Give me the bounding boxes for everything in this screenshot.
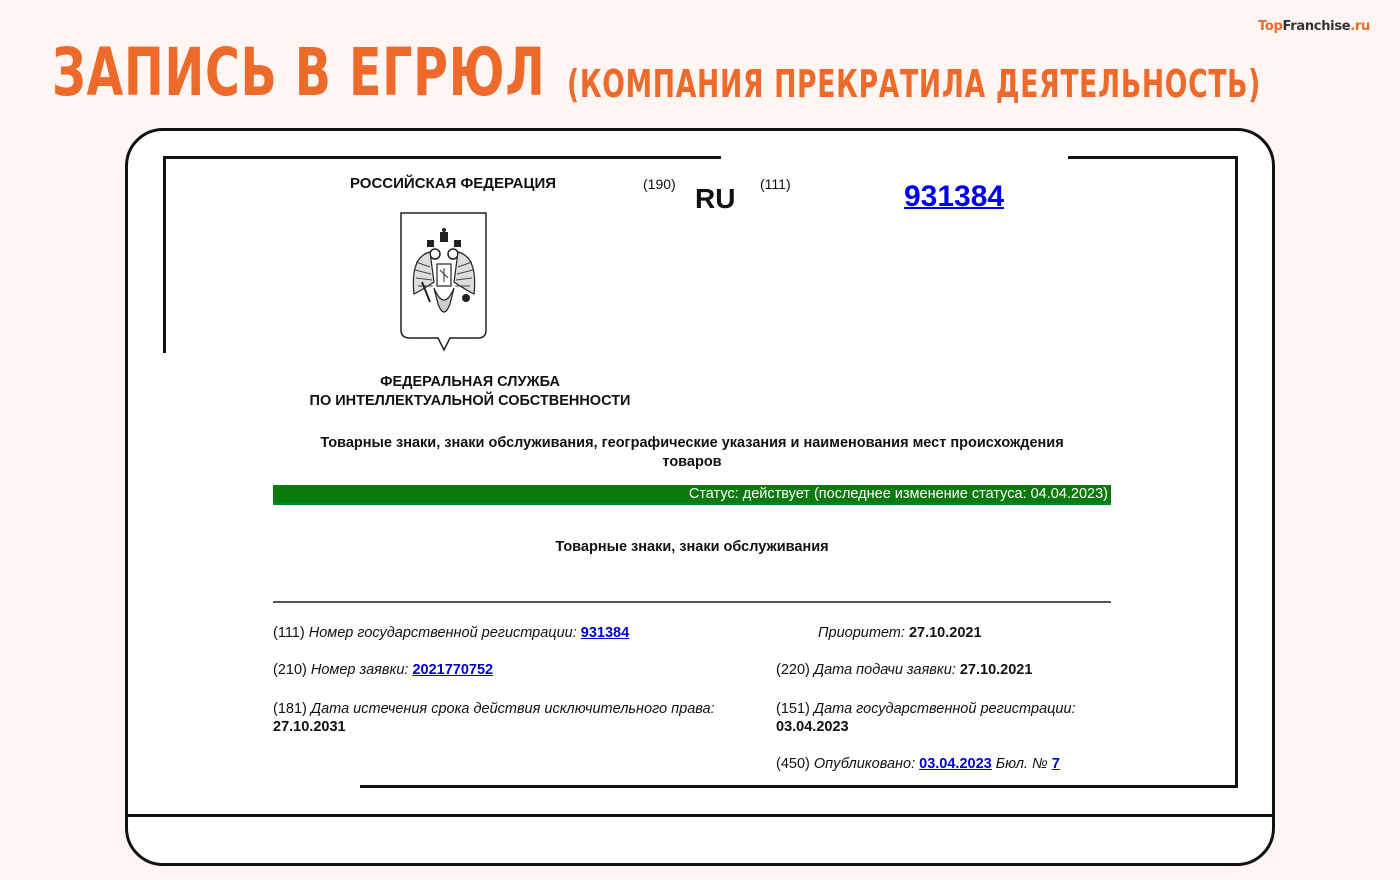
field-priority: Приоритет: 27.10.2021 — [818, 624, 982, 642]
field-label: Дата подачи заявки: — [814, 662, 956, 678]
category-line-1: Товарные знаки, знаки обслуживания, геог… — [273, 434, 1111, 453]
field-label: Опубликовано: — [814, 756, 915, 772]
field-application-number: (210) Номер заявки: 2021770752 — [273, 661, 493, 679]
code-190: (190) — [643, 176, 676, 192]
country-name: РОССИЙСКАЯ ФЕДЕРАЦИЯ — [350, 175, 556, 192]
russian-coat-of-arms-icon — [400, 212, 488, 354]
field-filing-date: (220) Дата подачи заявки: 27.10.2021 — [776, 661, 1032, 679]
field-value: 27.10.2021 — [960, 662, 1033, 678]
status-text: Статус: действует (последнее изменение с… — [689, 486, 1111, 502]
registration-number-link[interactable]: 931384 — [904, 180, 1004, 214]
trademark-certificate: РОССИЙСКАЯ ФЕДЕРАЦИЯ (190) RU (111) 9313… — [0, 0, 1400, 880]
publication-date-link[interactable]: 03.04.2023 — [919, 756, 992, 772]
code-111: (111) — [760, 176, 791, 192]
field-value: 27.10.2031 — [273, 719, 346, 735]
bulletin-label: Бюл. № — [996, 756, 1048, 772]
field-value: 03.04.2023 — [776, 719, 849, 735]
agency-line-2: ПО ИНТЕЛЛЕКТУАЛЬНОЙ СОБСТВЕННОСТИ — [270, 392, 670, 411]
field-expiry-date: (181) Дата истечения срока действия искл… — [273, 700, 715, 736]
field-published: (450) Опубликовано: 03.04.2023 Бюл. № 7 — [776, 755, 1060, 773]
field-code: (450) — [776, 756, 810, 772]
field-code: (181) — [273, 701, 307, 717]
subcategory-title: Товарные знаки, знаки обслуживания — [273, 539, 1111, 555]
field-label: Дата государственной регистрации: — [814, 701, 1076, 717]
agency-name: ФЕДЕРАЛЬНАЯ СЛУЖБА ПО ИНТЕЛЛЕКТУАЛЬНОЙ С… — [270, 373, 670, 411]
field-code: (151) — [776, 701, 810, 717]
field-registration-date: (151) Дата государственной регистрации: … — [776, 700, 1076, 736]
country-code: RU — [695, 183, 735, 215]
field-registration-number: (111) Номер государственной регистрации:… — [273, 624, 629, 642]
field-label: Номер государственной регистрации: — [309, 625, 577, 641]
status-bar: Статус: действует (последнее изменение с… — [273, 485, 1111, 505]
category-line-2: товаров — [273, 453, 1111, 472]
application-number-link[interactable]: 2021770752 — [412, 662, 493, 678]
field-label: Дата истечения срока действия исключител… — [311, 701, 715, 717]
registration-number-value-link[interactable]: 931384 — [581, 625, 629, 641]
field-code: (111) — [273, 625, 305, 641]
agency-line-1: ФЕДЕРАЛЬНАЯ СЛУЖБА — [270, 373, 670, 392]
field-code: (220) — [776, 662, 810, 678]
section-divider — [273, 601, 1111, 603]
registry-category: Товарные знаки, знаки обслуживания, геог… — [273, 434, 1111, 472]
bulletin-number-link[interactable]: 7 — [1052, 756, 1060, 772]
field-label: Приоритет: — [818, 625, 905, 641]
field-code: (210) — [273, 662, 307, 678]
field-label: Номер заявки: — [311, 662, 409, 678]
field-value: 27.10.2021 — [909, 625, 982, 641]
